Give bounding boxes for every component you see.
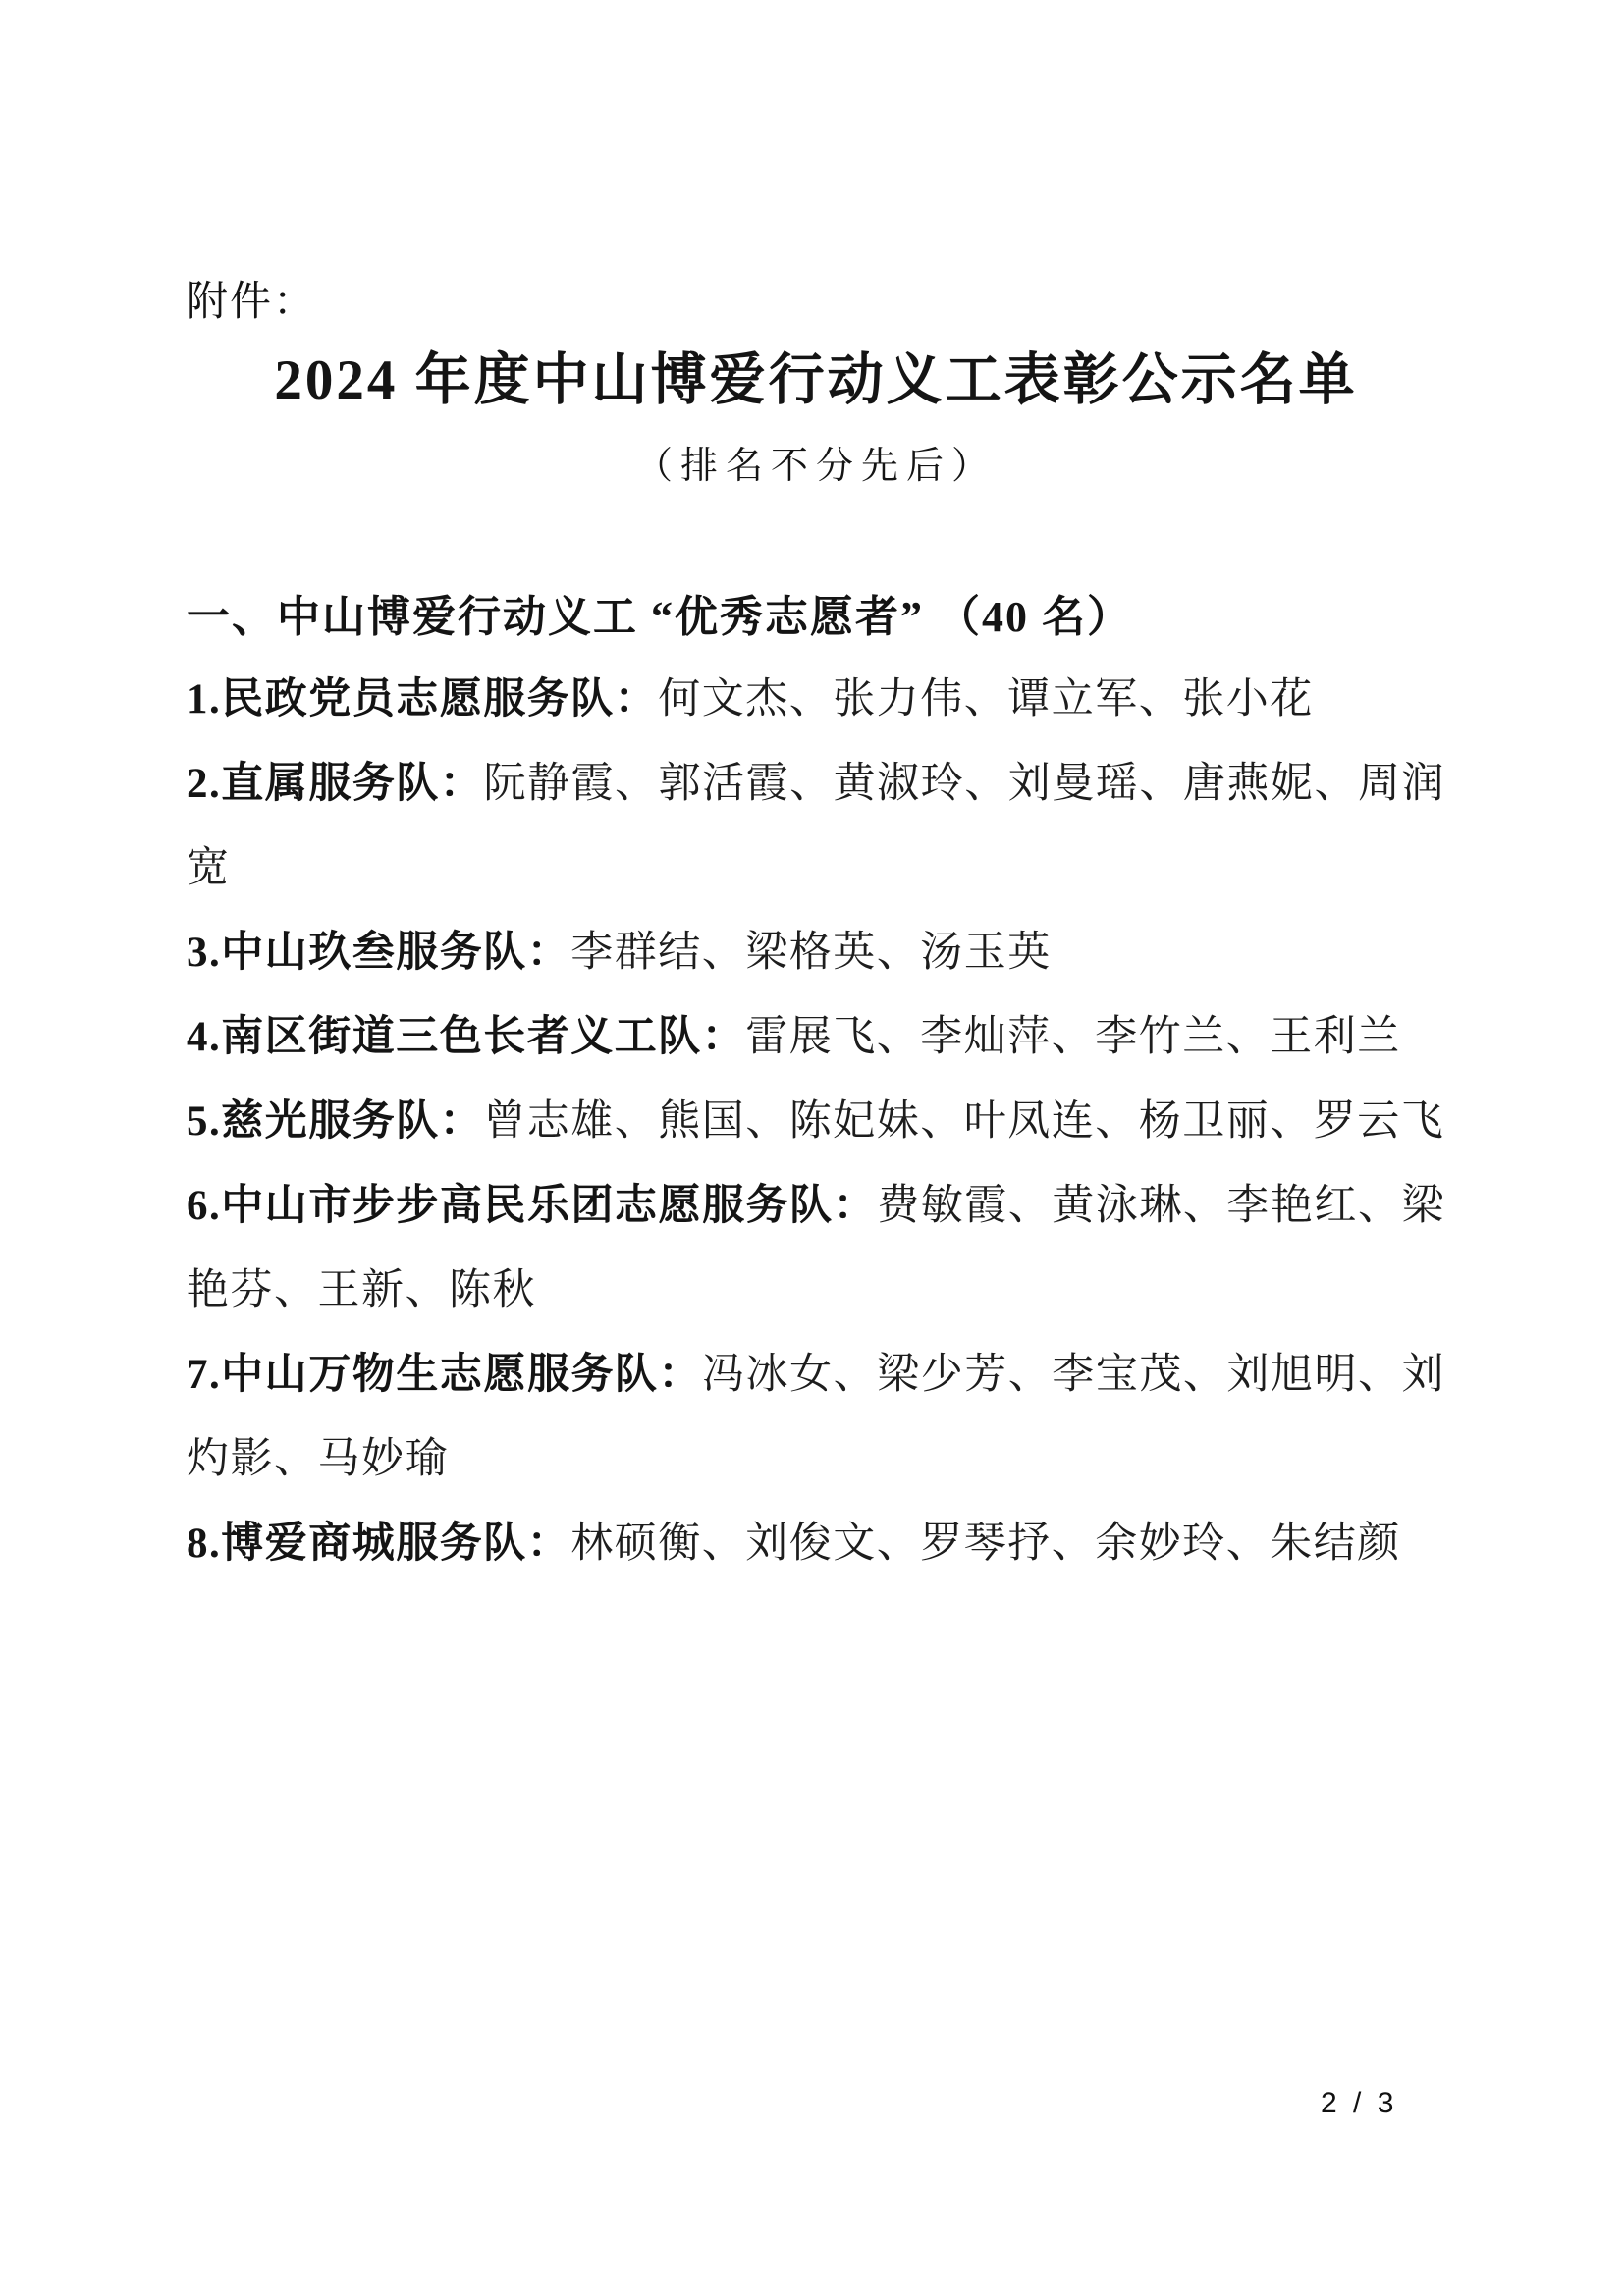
document-title: 2024 年度中山博爱行动义工表彰公示名单: [187, 344, 1445, 418]
team-names: 林硕衡、刘俊文、罗琴抒、余妙玲、朱结颜: [570, 1521, 1401, 1567]
team-label: 4.南区街道三色长者义工队：: [187, 1014, 745, 1060]
document-content: 附件： 2024 年度中山博爱行动义工表彰公示名单 （排名不分先后） 一、中山博…: [0, 0, 1624, 1586]
team-label: 8.博爱商城服务队：: [187, 1521, 570, 1567]
team-names: 曾志雄、熊国、陈妃妹、叶凤连、杨卫丽、罗云飞: [483, 1098, 1444, 1145]
document-subtitle: （排名不分先后）: [187, 440, 1445, 493]
team-names: 何文杰、张力伟、谭立军、张小花: [658, 676, 1314, 722]
team-list: 1.民政党员志愿服务队：何文杰、张力伟、谭立军、张小花 2.直属服务队：阮静霞、…: [187, 658, 1445, 1586]
team-names: 雷展飞、李灿萍、李竹兰、王利兰: [745, 1014, 1401, 1060]
team-item: 6.中山市步步高民乐团志愿服务队：费敏霞、黄泳琳、李艳红、梁艳芬、王新、陈秋: [187, 1164, 1445, 1333]
team-label: 7.中山万物生志愿服务队：: [187, 1352, 702, 1398]
team-item: 7.中山万物生志愿服务队：冯冰女、梁少芳、李宝茂、刘旭明、刘灼影、马妙瑜: [187, 1333, 1445, 1502]
team-names: 李群结、梁格英、汤玉英: [570, 930, 1052, 976]
team-label: 5.慈光服务队：: [187, 1098, 483, 1145]
team-item: 1.民政党员志愿服务队：何文杰、张力伟、谭立军、张小花: [187, 658, 1445, 742]
team-label: 6.中山市步步高民乐团志愿服务队：: [187, 1183, 877, 1229]
section-heading: 一、中山博爱行动义工 “优秀志愿者” （40 名）: [187, 587, 1445, 648]
team-item: 5.慈光服务队：曾志雄、熊国、陈妃妹、叶凤连、杨卫丽、罗云飞: [187, 1080, 1445, 1164]
team-label: 1.民政党员志愿服务队：: [187, 676, 658, 722]
attachment-label: 附件：: [187, 0, 1445, 332]
team-item: 3.中山玖叁服务队：李群结、梁格英、汤玉英: [187, 911, 1445, 995]
team-item: 8.博爱商城服务队：林硕衡、刘俊文、罗琴抒、余妙玲、朱结颜: [187, 1502, 1445, 1586]
document-page: 附件： 2024 年度中山博爱行动义工表彰公示名单 （排名不分先后） 一、中山博…: [0, 0, 1624, 2296]
team-label: 3.中山玖叁服务队：: [187, 930, 570, 976]
team-label: 2.直属服务队：: [187, 761, 483, 807]
team-item: 2.直属服务队：阮静霞、郭活霞、黄淑玲、刘曼瑶、唐燕妮、周润宽: [187, 742, 1445, 911]
page-number: 2 / 3: [1321, 2087, 1397, 2120]
team-item: 4.南区街道三色长者义工队：雷展飞、李灿萍、李竹兰、王利兰: [187, 995, 1445, 1080]
